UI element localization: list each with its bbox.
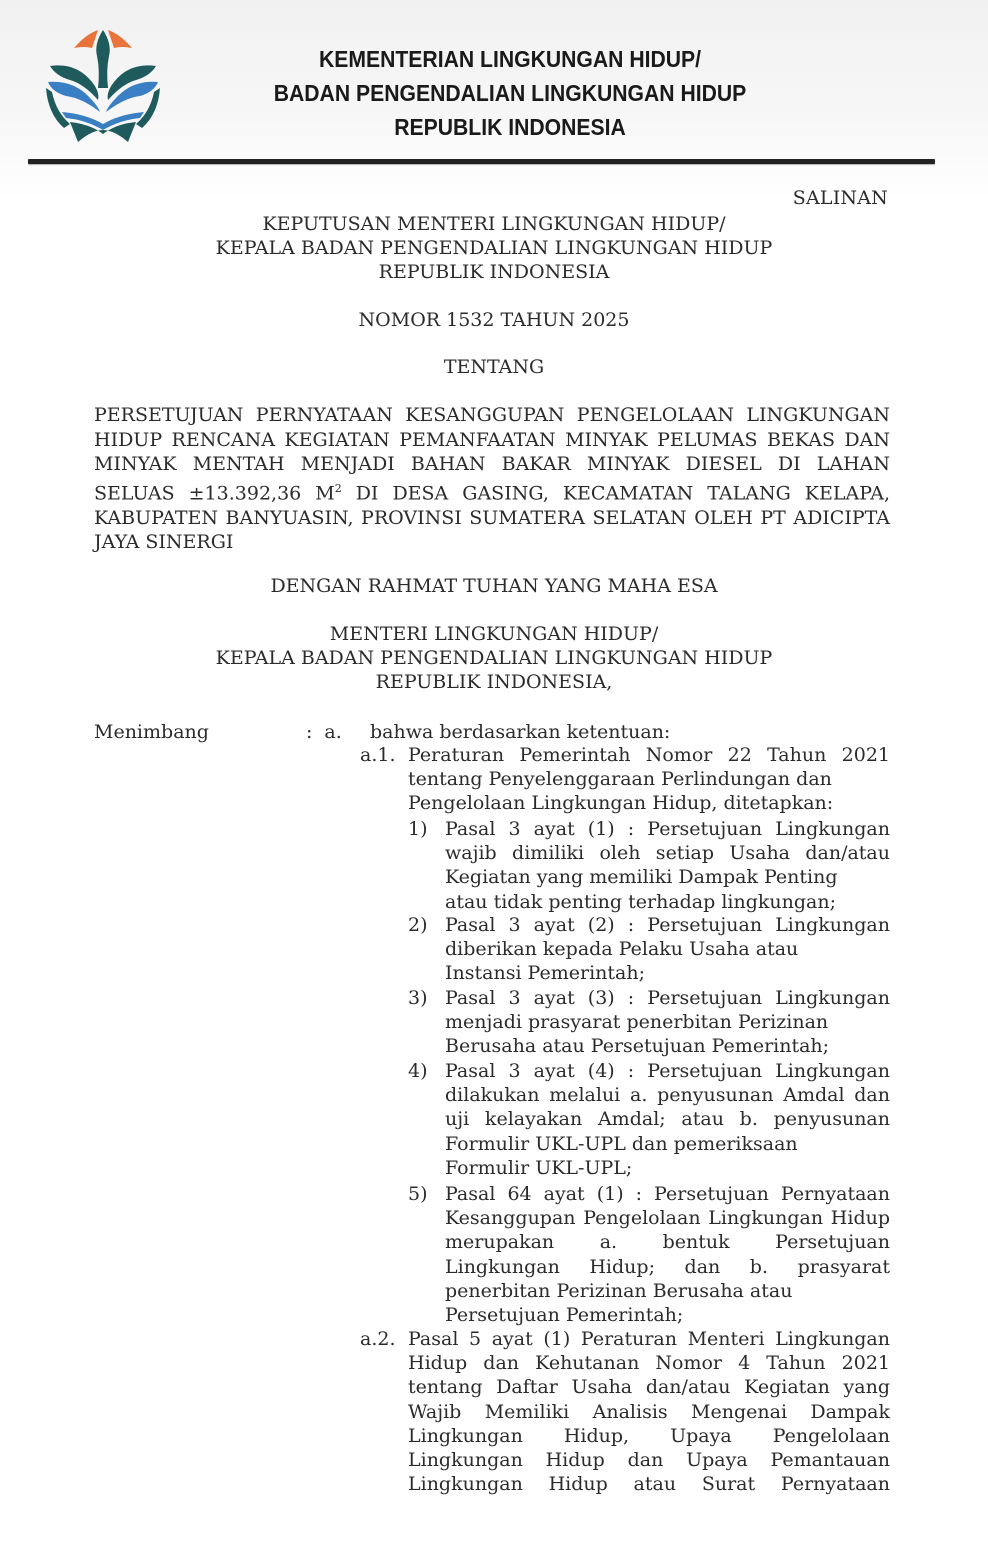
- ministry-logo-icon: [40, 26, 166, 146]
- issuer-line: KEPALA BADAN PENGENDALIAN LINGKUNGAN HID…: [0, 646, 988, 670]
- point-text-last: Instansi Pemerintah;: [445, 961, 890, 985]
- point-5: 5) Pasal 64 ayat (1) : Persetujuan Perny…: [408, 1182, 890, 1327]
- issuer-line: MENTERI LINGKUNGAN HIDUP/: [0, 622, 988, 646]
- item-a-text: bahwa berdasarkan ketentuan:: [370, 721, 670, 743]
- clause-marker: a.1.: [360, 743, 396, 767]
- letterhead-line: BADAN PENGENDALIAN LINGKUNGAN HIDUP: [225, 76, 795, 110]
- decree-number: NOMOR 1532 TAHUN 2025: [0, 308, 988, 332]
- point-4: 4) Pasal 3 ayat (4) : Persetujuan Lingku…: [408, 1059, 890, 1180]
- point-2: 2) Pasal 3 ayat (2) : Persetujuan Lingku…: [408, 913, 890, 986]
- point-3: 3) Pasal 3 ayat (3) : Persetujuan Lingku…: [408, 986, 890, 1059]
- issuer-block: MENTERI LINGKUNGAN HIDUP/ KEPALA BADAN P…: [0, 622, 988, 694]
- clause-text: Pasal 5 ayat (1) Peraturan Menteri Lingk…: [408, 1328, 890, 1495]
- point-1: 1) Pasal 3 ayat (1) : Persetujuan Lingku…: [408, 817, 890, 914]
- point-marker: 5): [408, 1182, 428, 1206]
- point-text: Pasal 64 ayat (1) : Persetujuan Pernyata…: [445, 1183, 890, 1302]
- point-text: Pasal 3 ayat (3) : Persetujuan Lingkunga…: [445, 987, 890, 1033]
- point-marker: 2): [408, 913, 428, 937]
- decree-title-line: KEPUTUSAN MENTERI LINGKUNGAN HIDUP/: [0, 212, 988, 236]
- letterhead-line: KEMENTERIAN LINGKUNGAN HIDUP/: [225, 42, 795, 76]
- point-marker: 4): [408, 1059, 428, 1083]
- clause-text-last: Pengelolaan Lingkungan Hidup, ditetapkan…: [408, 791, 890, 815]
- colon: :: [306, 721, 312, 743]
- point-text-last: atau tidak penting terhadap lingkungan;: [445, 890, 890, 914]
- letterhead-divider: [28, 159, 935, 164]
- letterhead: KEMENTERIAN LINGKUNGAN HIDUP/ BADAN PENG…: [0, 0, 988, 170]
- item-a-marker: a.: [324, 721, 341, 743]
- subject-superscript: 2: [335, 482, 342, 495]
- letterhead-title: KEMENTERIAN LINGKUNGAN HIDUP/ BADAN PENG…: [225, 42, 795, 144]
- point-text: Pasal 3 ayat (1) : Persetujuan Lingkunga…: [445, 818, 890, 888]
- point-marker: 1): [408, 817, 428, 841]
- decree-subject: PERSETUJUAN PERNYATAAN KESANGGUPAN PENGE…: [94, 403, 890, 555]
- decree-title-line: REPUBLIK INDONESIA: [0, 260, 988, 284]
- letterhead-line: REPUBLIK INDONESIA: [225, 110, 795, 144]
- about-label: TENTANG: [0, 355, 988, 379]
- decree-title: KEPUTUSAN MENTERI LINGKUNGAN HIDUP/ KEPA…: [0, 212, 988, 284]
- point-text-last: Berusaha atau Persetujuan Pemerintah;: [445, 1034, 890, 1058]
- clause-a1: a.1. Peraturan Pemerintah Nomor 22 Tahun…: [360, 743, 890, 816]
- point-text-last: Formulir UKL-UPL;: [445, 1156, 890, 1180]
- copy-stamp: SALINAN: [793, 187, 888, 209]
- point-text-last: Persetujuan Pemerintah;: [445, 1303, 890, 1327]
- issuer-line: REPUBLIK INDONESIA,: [0, 670, 988, 694]
- point-text: Pasal 3 ayat (2) : Persetujuan Lingkunga…: [445, 914, 890, 960]
- clause-text: Peraturan Pemerintah Nomor 22 Tahun 2021…: [408, 744, 890, 790]
- point-text: Pasal 3 ayat (4) : Persetujuan Lingkunga…: [445, 1060, 890, 1155]
- point-marker: 3): [408, 986, 428, 1010]
- clause-marker: a.2.: [360, 1327, 396, 1351]
- invocation: DENGAN RAHMAT TUHAN YANG MAHA ESA: [0, 574, 988, 598]
- menimbang-colon-marker: :a.: [306, 721, 354, 743]
- menimbang-label: Menimbang: [94, 721, 209, 743]
- decree-title-line: KEPALA BADAN PENGENDALIAN LINGKUNGAN HID…: [0, 236, 988, 260]
- clause-a2: a.2. Pasal 5 ayat (1) Peraturan Menteri …: [360, 1327, 890, 1496]
